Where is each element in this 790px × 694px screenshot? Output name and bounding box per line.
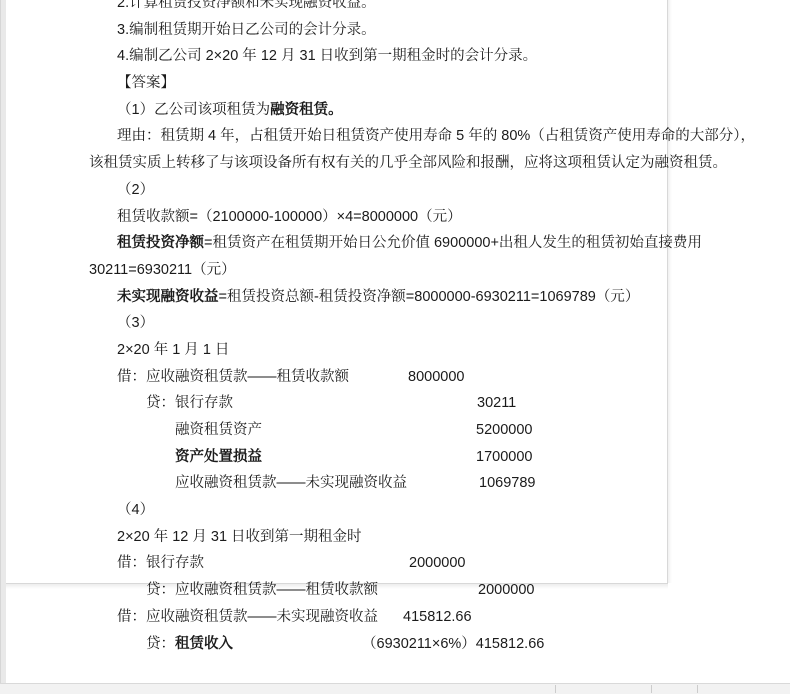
text-line[interactable]: 贷：银行存款30211 xyxy=(0,390,790,417)
text-line[interactable]: 30211=6930211（元） xyxy=(0,257,790,284)
text-line[interactable]: 贷：应收融资租赁款——租赁收款额2000000 xyxy=(0,577,790,604)
text-segment: 借：应收融资租赁款——租赁收款额 xyxy=(117,369,349,385)
text-segment: 借：应收融资租赁款——未实现融资收益 xyxy=(117,609,378,625)
journal-amount: 5200000 xyxy=(476,417,532,444)
text-line[interactable]: 2×20 年 1 月 1 日 xyxy=(0,337,790,364)
text-line[interactable]: 该租赁实质上转移了与该项设备所有权有关的几乎全部风险和报酬，应将这项租赁认定为融… xyxy=(0,150,790,177)
text-segment: 2.计算租赁投资净额和未实现融资收益。 xyxy=(117,0,376,11)
text-line[interactable]: 2×20 年 12 月 31 日收到第一期租金时 xyxy=(0,524,790,551)
text-segment: 【答案】 xyxy=(117,75,175,91)
text-line[interactable]: 贷：租赁收入（6930211×6%）415812.66 xyxy=(0,631,790,658)
text-segment: 3.编制租赁期开始日乙公司的会计分录。 xyxy=(117,22,376,38)
document-content[interactable]: 2.计算租赁投资净额和未实现融资收益。3.编制租赁期开始日乙公司的会计分录。4.… xyxy=(0,0,790,657)
status-bar-divider xyxy=(697,685,698,693)
text-segment: 贷： xyxy=(146,636,175,652)
journal-amount: 1700000 xyxy=(476,444,532,471)
text-line[interactable]: 资产处置损益1700000 xyxy=(0,444,790,471)
text-segment: （1）乙公司该项租赁为 xyxy=(117,102,270,118)
text-segment: =租赁资产在租赁期开始日公允价值 6900000+出租人发生的租赁初始直接费用 xyxy=(204,235,702,251)
text-segment-bold: 租赁收入 xyxy=(175,636,233,652)
journal-amount: 1069789 xyxy=(479,470,535,497)
document-viewer: 2.计算租赁投资净额和未实现融资收益。3.编制租赁期开始日乙公司的会计分录。4.… xyxy=(0,0,790,694)
text-segment: 融资租赁资产 xyxy=(175,422,262,438)
text-segment: 贷：银行存款 xyxy=(146,395,233,411)
text-line[interactable]: （2） xyxy=(0,177,790,204)
text-segment: 30211=6930211（元） xyxy=(89,262,236,278)
journal-amount: 8000000 xyxy=(408,364,464,391)
status-bar xyxy=(0,683,790,694)
text-segment: 2×20 年 1 月 1 日 xyxy=(117,342,229,358)
text-segment-bold: 融资租赁。 xyxy=(270,102,343,118)
status-bar-divider xyxy=(555,685,556,693)
text-line[interactable]: 2.计算租赁投资净额和未实现融资收益。 xyxy=(0,0,790,17)
text-line[interactable]: 4.编制乙公司 2×20 年 12 月 31 日收到第一期租金时的会计分录。 xyxy=(0,43,790,70)
text-line[interactable]: 3.编制租赁期开始日乙公司的会计分录。 xyxy=(0,17,790,44)
journal-amount: 30211 xyxy=(477,390,516,417)
text-segment: （2） xyxy=(117,182,154,198)
journal-amount: （6930211×6%）415812.66 xyxy=(362,631,544,658)
text-segment: 借：银行存款 xyxy=(117,555,204,571)
text-line[interactable]: 未实现融资收益=租赁投资总额-租赁投资净额=8000000-6930211=10… xyxy=(0,284,790,311)
text-line[interactable]: 【答案】 xyxy=(0,70,790,97)
text-segment: 4.编制乙公司 2×20 年 12 月 31 日收到第一期租金时的会计分录。 xyxy=(117,48,537,64)
text-line[interactable]: 借：应收融资租赁款——租赁收款额8000000 xyxy=(0,364,790,391)
text-segment: 该租赁实质上转移了与该项设备所有权有关的几乎全部风险和报酬，应将这项租赁认定为融… xyxy=(89,155,727,171)
text-segment: （3） xyxy=(117,315,154,331)
text-segment: 理由：租赁期 4 年，占租赁开始日租赁资产使用寿命 5 年的 80%（占租赁资产… xyxy=(117,128,755,144)
text-line[interactable]: 租赁收款额=（2100000-100000）×4=8000000（元） xyxy=(0,204,790,231)
text-line[interactable]: 借：银行存款2000000 xyxy=(0,550,790,577)
text-segment: （4） xyxy=(117,502,154,518)
text-line[interactable]: 应收融资租赁款——未实现融资收益1069789 xyxy=(0,470,790,497)
text-line[interactable]: （4） xyxy=(0,497,790,524)
journal-amount: 2000000 xyxy=(409,550,465,577)
text-segment: =租赁投资总额-租赁投资净额=8000000-6930211=1069789（元… xyxy=(219,289,640,305)
text-line[interactable]: （3） xyxy=(0,310,790,337)
text-segment: 租赁收款额=（2100000-100000）×4=8000000（元） xyxy=(117,209,462,225)
text-segment-bold: 资产处置损益 xyxy=(175,449,262,465)
text-segment-bold: 未实现融资收益 xyxy=(117,289,219,305)
text-line[interactable]: 融资租赁资产5200000 xyxy=(0,417,790,444)
text-segment-bold: 租赁投资净额 xyxy=(117,235,204,251)
text-segment: 贷：应收融资租赁款——租赁收款额 xyxy=(146,582,378,598)
text-line[interactable]: 租赁投资净额=租赁资产在租赁期开始日公允价值 6900000+出租人发生的租赁初… xyxy=(0,230,790,257)
status-bar-divider xyxy=(651,685,652,693)
text-line[interactable]: 理由：租赁期 4 年，占租赁开始日租赁资产使用寿命 5 年的 80%（占租赁资产… xyxy=(0,123,790,150)
text-line[interactable]: （1）乙公司该项租赁为融资租赁。 xyxy=(0,97,790,124)
text-line[interactable]: 借：应收融资租赁款——未实现融资收益415812.66 xyxy=(0,604,790,631)
journal-amount: 2000000 xyxy=(478,577,534,604)
text-segment: 2×20 年 12 月 31 日收到第一期租金时 xyxy=(117,529,362,545)
text-segment: 应收融资租赁款——未实现融资收益 xyxy=(175,475,407,491)
journal-amount: 415812.66 xyxy=(403,604,472,631)
